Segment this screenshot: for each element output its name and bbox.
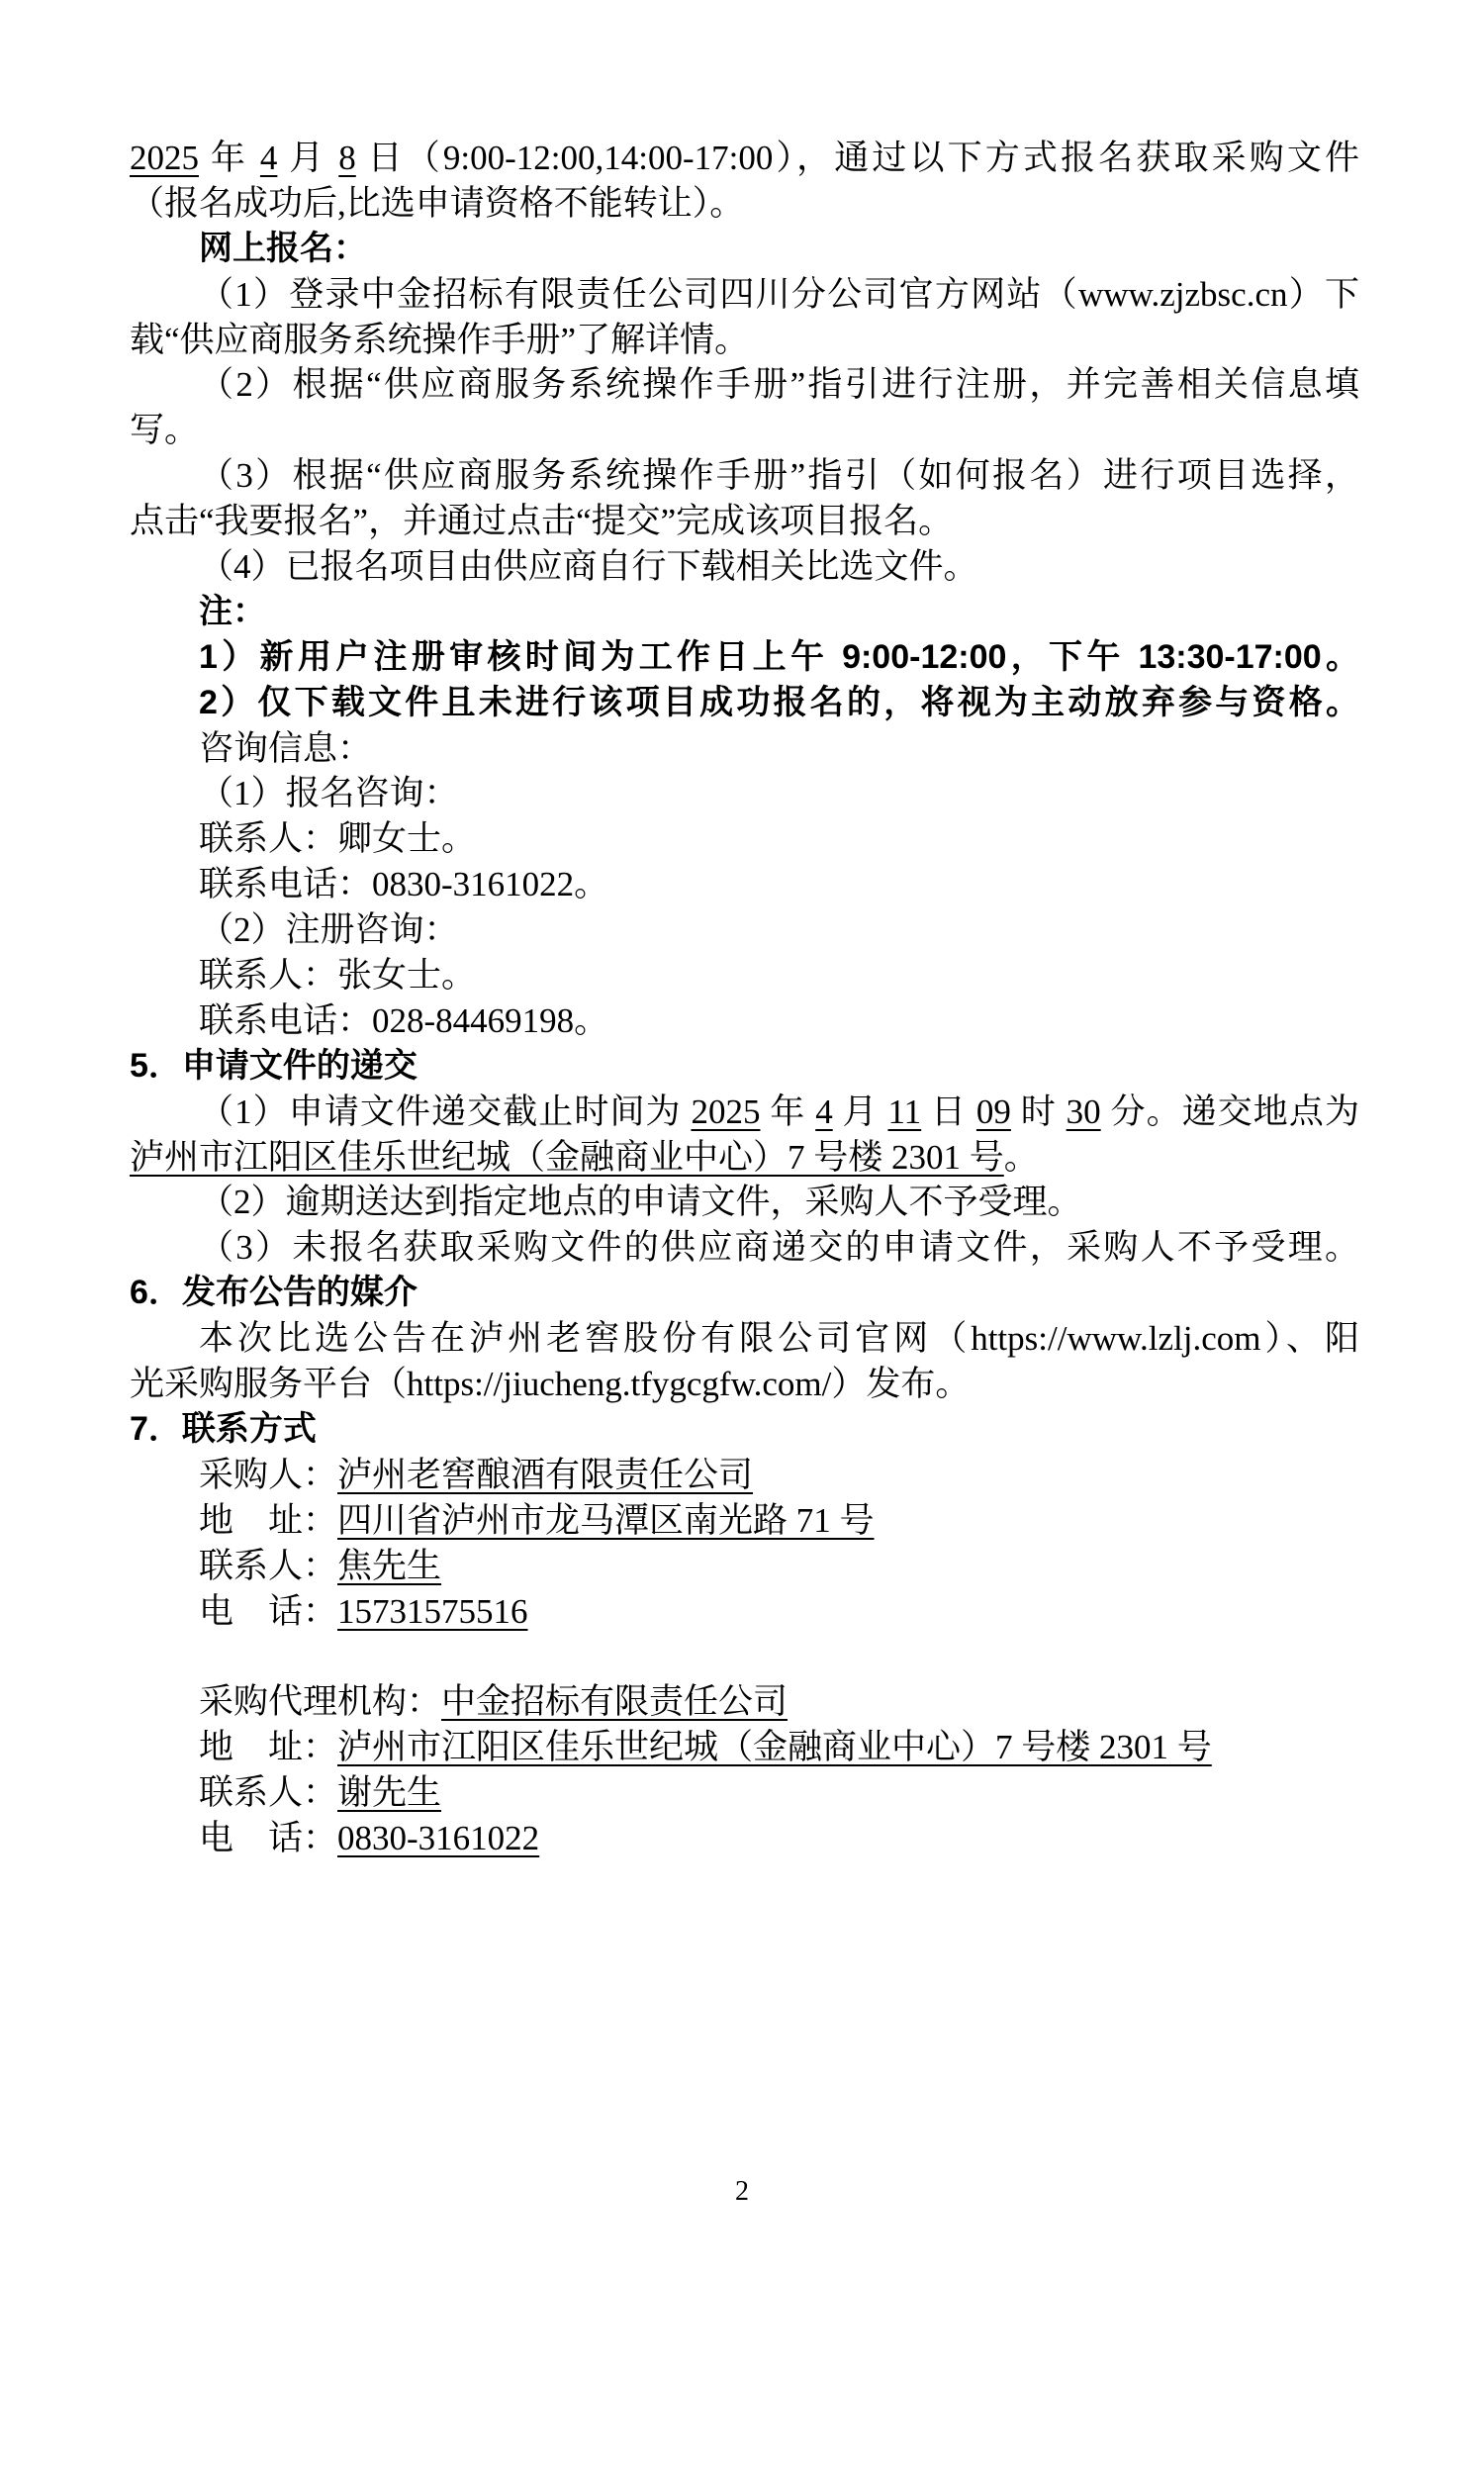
text-segment: 采购代理机构： xyxy=(199,1682,441,1721)
register-consult-contact: 联系人：张女士。 xyxy=(130,953,1359,998)
text-segment: 7．联系方式 xyxy=(130,1410,317,1448)
document-body: 2025 年 4 月 8 日（9:00-12:00,14:00-17:00），通… xyxy=(130,136,1359,1861)
text-segment: 年 xyxy=(199,139,260,177)
underlined-text: 泸州市江阳区佳乐世纪城（金融商业中心）7 号楼 2301 号 xyxy=(130,1138,1004,1177)
text-segment: 载“供应商服务系统操作手册”了解详情。 xyxy=(130,321,749,359)
text-segment: 注： xyxy=(199,593,266,630)
underlined-text: 8 xyxy=(338,139,356,177)
underlined-text: 四川省泸州市龙马潭区南光路 71 号 xyxy=(337,1501,875,1540)
text-segment: 联系人：卿女士。 xyxy=(199,819,476,858)
text-segment: （1）报名咨询： xyxy=(199,774,459,812)
text-segment: 联系电话：0830-3161022。 xyxy=(199,865,608,903)
text-segment: （4）已报名项目由供应商自行下载相关比选文件。 xyxy=(199,547,978,586)
text-segment: 地 址： xyxy=(199,1728,337,1766)
text-segment: （2）根据“供应商服务系统操作手册”指引进行注册，并完善相关信息填 xyxy=(199,365,1359,404)
text-segment: （2）注册咨询： xyxy=(199,910,459,949)
text-segment: （3）未报名获取采购文件的供应商递交的申请文件，采购人不予受理。 xyxy=(199,1228,1359,1267)
text-segment: 分。递交地点为 xyxy=(1101,1092,1359,1131)
signup-consult-contact: 联系人：卿女士。 xyxy=(130,816,1359,862)
text-segment: 写。 xyxy=(130,411,199,449)
text-segment: 点击“我要报名”，并通过点击“提交”完成该项目报名。 xyxy=(130,502,953,540)
note-item-1: 1）新用户注册审核时间为工作日上午 9:00-12:00，下午 13:30-17… xyxy=(130,635,1359,681)
underlined-text: 4 xyxy=(260,139,278,177)
signup-consult-heading: （1）报名咨询： xyxy=(130,771,1359,816)
media-line-1: 本次比选公告在泸州老窖股份有限公司官网（https://www.lzlj.com… xyxy=(130,1316,1359,1362)
signup-step-2-line: （2）根据“供应商服务系统操作手册”指引进行注册，并完善相关信息填 xyxy=(130,362,1359,408)
signup-step-4-line: （4）已报名项目由供应商自行下载相关比选文件。 xyxy=(130,544,1359,590)
text-segment: 5．申请文件的递交 xyxy=(130,1047,417,1085)
submission-deadline-line: （1）申请文件递交截止时间为 2025 年 4 月 11 日 09 时 30 分… xyxy=(130,1090,1359,1135)
purchaser-address-line: 地 址：四川省泸州市龙马潭区南光路 71 号 xyxy=(130,1498,1359,1544)
text-segment: 2）仅下载文件且未进行该项目成功报名的，将视为主动放弃参与资格。 xyxy=(199,684,1359,721)
underlined-text: 4 xyxy=(815,1092,833,1131)
document-page: 2025 年 4 月 8 日（9:00-12:00,14:00-17:00），通… xyxy=(0,0,1484,2467)
text-segment: （2）逾期送达到指定地点的申请文件，采购人不予受理。 xyxy=(199,1183,1082,1221)
text-segment: 光采购服务平台（https://jiucheng.tfygcgfw.com/）发… xyxy=(130,1365,970,1403)
text-segment: 年 xyxy=(760,1092,815,1131)
submission-rule-2: （2）逾期送达到指定地点的申请文件，采购人不予受理。 xyxy=(130,1180,1359,1225)
text-segment: 采购人： xyxy=(199,1456,337,1494)
text-segment: 日 xyxy=(921,1092,976,1131)
text-segment: 联系电话：028-84469198。 xyxy=(199,1001,608,1040)
text-segment: 时 xyxy=(1011,1092,1067,1131)
text-segment: 咨询信息： xyxy=(199,729,372,768)
text-segment: （1）登录中金招标有限责任公司四川分公司官方网站（www.zjzbsc.cn）下 xyxy=(199,275,1359,314)
text-segment: （1）申请文件递交截止时间为 xyxy=(199,1092,691,1131)
media-line-2: 光采购服务平台（https://jiucheng.tfygcgfw.com/）发… xyxy=(130,1362,1359,1407)
consult-info-heading: 咨询信息： xyxy=(130,726,1359,772)
agency-contact-line: 联系人：谢先生 xyxy=(130,1770,1359,1816)
signup-step-2-wrap: 写。 xyxy=(130,408,1359,453)
section-heading-7: 7．联系方式 xyxy=(130,1407,1359,1453)
signup-step-1-wrap: 载“供应商服务系统操作手册”了解详情。 xyxy=(130,318,1359,363)
text-segment: 。 xyxy=(1004,1138,1039,1177)
text-segment: 本次比选公告在泸州老窖股份有限公司官网（https://www.lzlj.com… xyxy=(199,1319,1359,1358)
register-consult-phone: 联系电话：028-84469198。 xyxy=(130,998,1359,1044)
underlined-text: 2025 xyxy=(691,1092,760,1131)
text-segment: （报名成功后,比选申请资格不能转让）。 xyxy=(130,184,744,223)
submission-rule-3: （3）未报名获取采购文件的供应商递交的申请文件，采购人不予受理。 xyxy=(130,1225,1359,1271)
note-item-2: 2）仅下载文件且未进行该项目成功报名的，将视为主动放弃参与资格。 xyxy=(130,681,1359,726)
text-segment: 联系人： xyxy=(199,1547,337,1585)
underlined-text: 2025 xyxy=(130,139,199,177)
text-segment: 1）新用户注册审核时间为工作日上午 9:00-12:00，下午 13:30-17… xyxy=(199,638,1359,676)
text-segment: 联系人：张女士。 xyxy=(199,956,476,995)
text-segment: 日（9:00-12:00,14:00-17:00），通过以下方式报名获取采购文件 xyxy=(356,139,1359,177)
registration-note-line: （报名成功后,比选申请资格不能转让）。 xyxy=(130,181,1359,227)
text-segment: 月 xyxy=(833,1092,888,1131)
blank-line xyxy=(130,1634,1359,1679)
submission-address-line: 泸州市江阳区佳乐世纪城（金融商业中心）7 号楼 2301 号。 xyxy=(130,1135,1359,1181)
agency-line: 采购代理机构：中金招标有限责任公司 xyxy=(130,1679,1359,1725)
text-segment: 网上报名： xyxy=(199,230,367,267)
text-segment: 电 话： xyxy=(199,1592,337,1631)
text-segment: （3）根据“供应商服务系统操作手册”指引（如何报名）进行项目选择， xyxy=(199,456,1359,495)
signup-step-3-wrap: 点击“我要报名”，并通过点击“提交”完成该项目报名。 xyxy=(130,499,1359,544)
underlined-text: 中金招标有限责任公司 xyxy=(441,1682,788,1721)
section-heading-6: 6．发布公告的媒介 xyxy=(130,1271,1359,1316)
text-segment: 电 话： xyxy=(199,1819,337,1857)
underlined-text: 泸州市江阳区佳乐世纪城（金融商业中心）7 号楼 2301 号 xyxy=(337,1728,1212,1766)
online-signup-heading: 网上报名： xyxy=(130,227,1359,272)
purchaser-line: 采购人：泸州老窖酿酒有限责任公司 xyxy=(130,1453,1359,1498)
registration-period-line: 2025 年 4 月 8 日（9:00-12:00,14:00-17:00），通… xyxy=(130,136,1359,181)
text-segment: 地 址： xyxy=(199,1501,337,1540)
agency-address-line: 地 址：泸州市江阳区佳乐世纪城（金融商业中心）7 号楼 2301 号 xyxy=(130,1725,1359,1770)
underlined-text: 谢先生 xyxy=(337,1773,441,1812)
note-heading: 注： xyxy=(130,590,1359,635)
underlined-text: 15731575516 xyxy=(337,1592,528,1631)
purchaser-phone-line: 电 话：15731575516 xyxy=(130,1589,1359,1635)
signup-consult-phone: 联系电话：0830-3161022。 xyxy=(130,862,1359,907)
underlined-text: 11 xyxy=(887,1092,921,1131)
signup-step-1-line: （1）登录中金招标有限责任公司四川分公司官方网站（www.zjzbsc.cn）下 xyxy=(130,272,1359,318)
signup-step-3-line: （3）根据“供应商服务系统操作手册”指引（如何报名）进行项目选择， xyxy=(130,453,1359,499)
underlined-text: 泸州老窖酿酒有限责任公司 xyxy=(337,1456,753,1494)
register-consult-heading: （2）注册咨询： xyxy=(130,907,1359,953)
underlined-text: 09 xyxy=(976,1092,1011,1131)
section-heading-5: 5．申请文件的递交 xyxy=(130,1044,1359,1090)
agency-phone-line: 电 话：0830-3161022 xyxy=(130,1816,1359,1861)
underlined-text: 焦先生 xyxy=(337,1547,441,1585)
text-segment: 联系人： xyxy=(199,1773,337,1812)
underlined-text: 30 xyxy=(1067,1092,1101,1131)
text-segment: 月 xyxy=(277,139,338,177)
purchaser-contact-line: 联系人：焦先生 xyxy=(130,1544,1359,1589)
page-number: 2 xyxy=(0,2175,1484,2209)
underlined-text: 0830-3161022 xyxy=(337,1819,539,1857)
text-segment: 6．发布公告的媒介 xyxy=(130,1274,417,1311)
